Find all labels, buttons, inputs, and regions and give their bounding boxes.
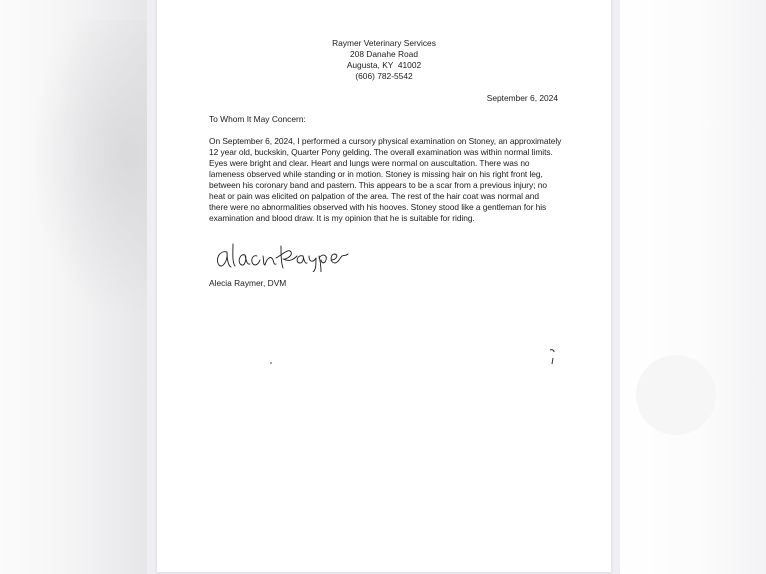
signer-name: Alecia Raymer, DVM — [209, 278, 286, 289]
body-line: On September 6, 2024, I performed a curs… — [209, 136, 559, 147]
organization-name: Raymer Veterinary Services — [209, 38, 559, 49]
body-line: 12 year old, buckskin, Quarter Pony geld… — [209, 147, 559, 158]
signature-icon — [213, 238, 349, 272]
body-line: there were no abnormalities observed wit… — [209, 202, 559, 213]
address-line-1: 208 Danahe Road — [209, 49, 559, 60]
letter-date: September 6, 2024 — [487, 93, 558, 104]
body-line: lameness observed while standing or in m… — [209, 169, 559, 180]
scan-artifact — [548, 348, 556, 366]
background-right — [616, 0, 766, 574]
salutation: To Whom It May Concern: — [209, 114, 306, 125]
letter-body: On September 6, 2024, I performed a curs… — [209, 136, 559, 224]
body-line: examination and blood draw. It is my opi… — [209, 213, 559, 224]
body-line: between his coronary band and pastern. T… — [209, 180, 559, 191]
background-left — [0, 0, 150, 574]
letterhead: Raymer Veterinary Services 208 Danahe Ro… — [209, 38, 559, 82]
body-line: Eyes were bright and clear. Heart and lu… — [209, 158, 559, 169]
phone-number: (606) 782-5542 — [209, 71, 559, 82]
scan-artifact — [270, 362, 272, 364]
body-line: heat or pain was elicited on palpation o… — [209, 191, 559, 202]
address-line-2: Augusta, KY 41002 — [209, 60, 559, 71]
